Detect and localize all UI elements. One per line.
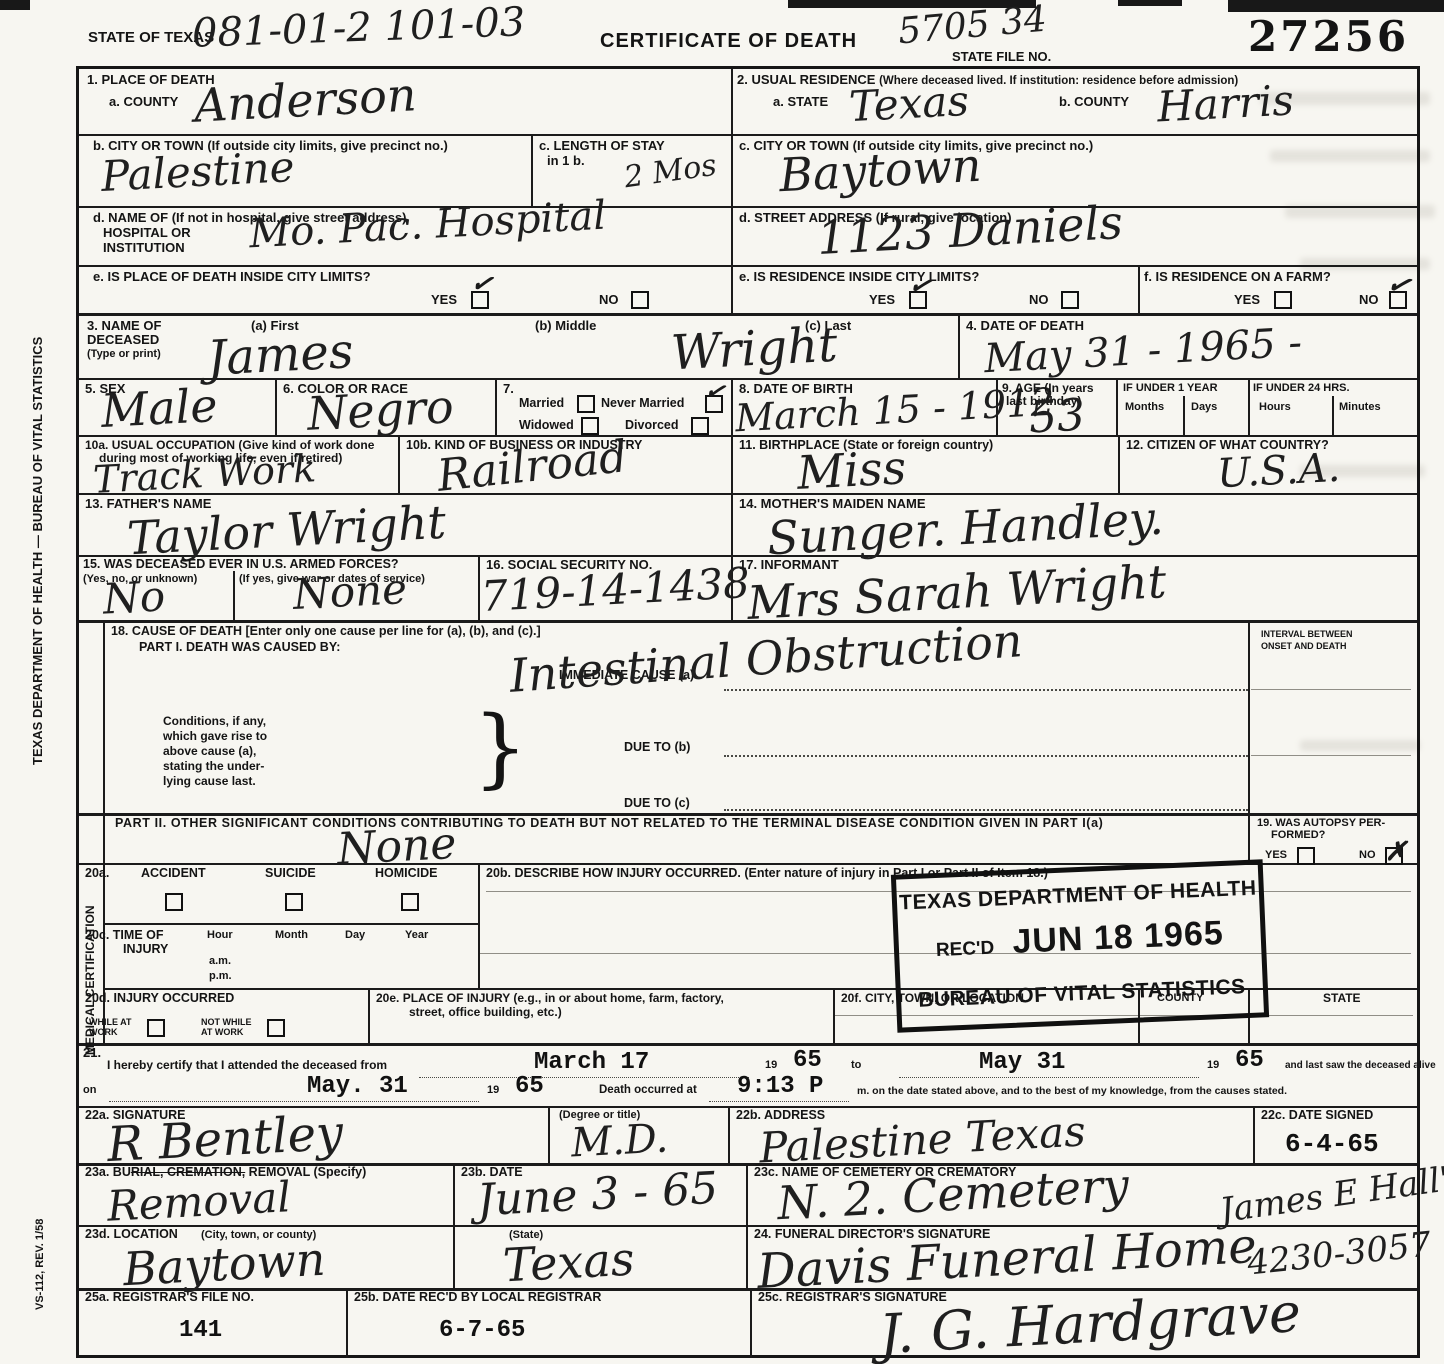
last-seen-date: May. 31 <box>307 1075 408 1099</box>
day-label: Day <box>345 929 365 941</box>
attended-to-date: May 31 <box>979 1051 1065 1075</box>
occupation-value: Track Work <box>92 449 317 499</box>
cause-a-line <box>724 689 1248 691</box>
marital-status-label: 7. <box>503 382 514 396</box>
yes-label: YES <box>869 293 895 307</box>
grid-line <box>1248 378 1250 435</box>
name-of-deceased-label2: DECEASED <box>87 333 159 347</box>
county-value: Anderson <box>193 71 418 129</box>
residence-state-label: a. STATE <box>773 95 828 109</box>
autopsy-yes-checkbox <box>1297 847 1315 865</box>
grid-line <box>746 1163 748 1288</box>
war-dates-value: None <box>292 568 408 616</box>
grid-line <box>79 134 1417 136</box>
type-or-print-label: (Type or print) <box>87 348 161 360</box>
accident-label: ACCIDENT <box>141 867 206 881</box>
grid-line <box>495 378 497 435</box>
autopsy-label2: FORMED? <box>1271 829 1325 841</box>
grid-line <box>1332 396 1334 435</box>
hospital-value: Mo. Pac. Hospital <box>248 196 607 255</box>
grid-line <box>398 435 400 493</box>
last-name-value: Wright <box>670 321 839 378</box>
conditions-note-line3: above cause (a), <box>163 745 256 758</box>
residence-inside-limits-label: e. IS RESIDENCE INSIDE CITY LIMITS? <box>739 270 979 284</box>
grid-line <box>79 493 1417 495</box>
time-of-injury-label: 20c. TIME OF <box>85 929 164 943</box>
margin-department-text: TEXAS DEPARTMENT OF HEALTH — BUREAU OF V… <box>30 205 45 765</box>
grid-line <box>1248 620 1250 863</box>
hour-label: Hour <box>207 929 233 941</box>
grid-line <box>731 69 733 313</box>
certify-text-2: and last saw the deceased alive <box>1285 1060 1436 1072</box>
yes-label: YES <box>431 293 457 307</box>
birthplace-value: Miss <box>796 444 907 496</box>
stamp-date: JUN 18 1965 <box>1012 914 1225 961</box>
race-value: Negro <box>306 383 455 437</box>
nineteen-label: 19 <box>1207 1059 1219 1071</box>
conditions-note-line4: stating the under- <box>163 760 264 773</box>
fathers-name-value: Taylor Wright <box>126 499 447 562</box>
residence-state-value: Texas <box>848 80 970 128</box>
no-checkbox <box>631 291 649 309</box>
certify-text-1: I hereby certify that I attended the dec… <box>107 1059 387 1072</box>
length-of-stay-value: 2 Mos <box>622 151 718 194</box>
certificate-title: CERTIFICATE OF DEATH <box>600 30 857 52</box>
time-of-death-value: 9:13 P <box>737 1075 823 1099</box>
time-of-injury-label2: INJURY <box>123 943 168 957</box>
degree-or-title-label: (Degree or title) <box>559 1109 640 1121</box>
registrars-file-no-value: 141 <box>179 1319 222 1343</box>
age-value: 53 <box>1028 394 1086 441</box>
certify-text-3: m. on the date stated above, and to the … <box>857 1085 1287 1098</box>
not-while-at-work-checkbox <box>267 1019 285 1037</box>
grid-line <box>79 265 1417 267</box>
cross-mark: ✗ <box>1385 839 1407 865</box>
grid-line <box>731 378 733 435</box>
homicide-label: HOMICIDE <box>375 867 438 881</box>
no-label: NO <box>599 293 619 307</box>
suicide-label: SUICIDE <box>265 867 316 881</box>
last-seen-year: 65 <box>515 1075 544 1099</box>
place-of-injury-label: 20e. PLACE OF INJURY (e.g., in or about … <box>376 992 724 1005</box>
due-to-b-label: DUE TO (b) <box>624 741 690 755</box>
due-to-c-label: DUE TO (c) <box>624 797 690 811</box>
department-received-stamp: TEXAS DEPARTMENT OF HEALTH REC'D JUN 18 … <box>891 859 1269 1032</box>
date-received-value: 6-7-65 <box>439 1319 525 1343</box>
grid-line <box>1253 1106 1255 1163</box>
registrars-file-no-label: 25a. REGISTRAR'S FILE NO. <box>85 1291 254 1305</box>
grid-line <box>79 313 1417 316</box>
divorced-checkbox <box>691 417 709 435</box>
first-name-value: James <box>206 327 355 383</box>
interval-label2: ONSET AND DEATH <box>1261 641 1347 652</box>
grid-line <box>275 378 277 435</box>
attended-from-date: March 17 <box>534 1051 649 1075</box>
month-label: Month <box>275 929 308 941</box>
suicide-checkbox <box>285 893 303 911</box>
grid-line <box>453 1163 455 1288</box>
to-label: to <box>851 1059 861 1071</box>
location-city-value: Baytown <box>122 1236 327 1293</box>
margin-note-number: 4230-3057 <box>1246 1227 1433 1280</box>
certificate-form: MEDICAL CERTIFICATION 1. PLACE OF DEATH … <box>76 66 1420 1358</box>
hospital-label2: HOSPITAL OR <box>103 226 191 240</box>
grid-line <box>79 206 1417 208</box>
citizen-value: U.S.A. <box>1216 448 1341 494</box>
check-mark: ✓ <box>906 271 933 302</box>
burial-date-value: June 3 - 65 <box>476 1167 719 1224</box>
attended-to-year: 65 <box>1235 1049 1264 1073</box>
social-security-value: 719-14-1438 <box>480 562 751 618</box>
no-checkbox <box>1061 291 1079 309</box>
nineteen-label: 19 <box>765 1059 777 1071</box>
widowed-label: Widowed <box>519 419 574 433</box>
stamp-line1: TEXAS DEPARTMENT OF HEALTH <box>897 876 1260 915</box>
nineteen-label: 19 <box>487 1084 499 1096</box>
death-inside-city-limits-label: e. IS PLACE OF DEATH INSIDE CITY LIMITS? <box>93 270 371 284</box>
grid-line <box>346 1288 348 1358</box>
immediate-cause-value: Intestinal Obstruction <box>508 617 1024 699</box>
middle-name-label: (b) Middle <box>535 319 596 333</box>
conditions-note-line5: lying cause last. <box>163 775 256 788</box>
married-checkbox <box>577 395 595 413</box>
county-label: a. COUNTY <box>109 95 178 109</box>
scan-artifact <box>0 0 30 10</box>
grid-line <box>103 620 105 1043</box>
stamp-line3: BUREAU OF VITAL STATISTICS <box>901 974 1264 1013</box>
grid-line <box>1116 378 1118 435</box>
certificate-number: 27256 <box>1248 14 1409 60</box>
scan-artifact <box>1228 0 1444 12</box>
year-label: Year <box>405 929 428 941</box>
conditions-note-line1: Conditions, if any, <box>163 715 266 728</box>
divorced-label: Divorced <box>625 419 679 433</box>
blank-line <box>109 1101 479 1102</box>
minutes-label: Minutes <box>1339 401 1381 413</box>
part1-label: PART I. DEATH WAS CAUSED BY: <box>139 641 340 655</box>
stamp-line2: REC'D JUN 18 1965 <box>898 912 1261 966</box>
date-received-label: 25b. DATE REC'D BY LOCAL REGISTRAR <box>354 1291 601 1305</box>
residence-city-value: Baytown <box>778 142 983 199</box>
homicide-checkbox <box>401 893 419 911</box>
yes-label: YES <box>1234 293 1260 307</box>
grid-line <box>233 571 235 620</box>
widowed-checkbox <box>581 417 599 435</box>
if-under-1-year-label: IF UNDER 1 YEAR <box>1123 382 1218 394</box>
never-married-label: Never Married <box>601 397 684 411</box>
cause-of-death-label: 18. CAUSE OF DEATH [Enter only one cause… <box>111 625 541 639</box>
injury-occurred-label: 20d. INJURY OCCURRED <box>85 992 234 1006</box>
date-signed-value: 6-4-65 <box>1285 1131 1379 1157</box>
no-label: NO <box>1359 293 1379 307</box>
part2-label: PART II. OTHER SIGNIFICANT CONDITIONS CO… <box>115 817 1103 831</box>
state-file-no-label: STATE FILE NO. <box>952 50 1051 64</box>
on-label: on <box>83 1084 96 1096</box>
cause-c-line <box>724 809 1248 811</box>
length-of-stay-label: c. LENGTH OF STAY <box>539 139 665 153</box>
accident-checkbox <box>165 893 183 911</box>
grid-line <box>958 313 960 378</box>
hospital-label3: INSTITUTION <box>103 241 185 255</box>
scan-artifact <box>1118 0 1182 6</box>
yes-checkbox <box>1274 291 1292 309</box>
physician-signature: R Bentley <box>106 1109 344 1169</box>
while-at-work-checkbox <box>147 1019 165 1037</box>
location-state-value: Texas <box>502 1236 636 1289</box>
conditions-brace: } <box>473 705 528 791</box>
grid-line <box>103 923 478 925</box>
residence-county-label: b. COUNTY <box>1059 95 1129 109</box>
residence-on-farm-label: f. IS RESIDENCE ON A FARM? <box>1144 270 1331 284</box>
no-label: NO <box>1359 849 1376 861</box>
death-occurred-label: Death occurred at <box>599 1084 697 1097</box>
length-of-stay-label2: in 1 b. <box>547 154 585 168</box>
hours-label: Hours <box>1259 401 1291 413</box>
grid-line <box>368 988 370 1043</box>
pm-label: p.m. <box>209 970 232 982</box>
days-label: Days <box>1191 401 1217 413</box>
while-at-work-label2: WORK <box>89 1027 118 1038</box>
no-label: NO <box>1029 293 1049 307</box>
blank-line <box>709 1101 849 1102</box>
grid-line <box>728 1106 730 1163</box>
grid-line <box>833 988 835 1043</box>
city-value: Palestine <box>100 146 295 198</box>
attended-from-year: 65 <box>793 1049 822 1073</box>
check-mark: ✓ <box>469 269 495 298</box>
check-mark: ✓ <box>703 377 728 405</box>
handwritten-file-number: 5705 34 <box>897 2 1048 51</box>
conditions-note-line2: which gave rise to <box>163 730 267 743</box>
armed-forces-value: No <box>102 575 166 620</box>
if-under-24-hrs-label: IF UNDER 24 HRS. <box>1253 382 1350 394</box>
blank-line <box>899 1077 1199 1078</box>
yes-label: YES <box>1265 849 1287 861</box>
married-label: Married <box>519 397 564 411</box>
burial-removal-value: Removal <box>106 1176 292 1228</box>
blank-line <box>419 1077 749 1078</box>
grid-line <box>1118 435 1120 493</box>
stamp-recd-label: REC'D <box>936 938 995 961</box>
item-20a-number: 20a. <box>85 867 109 881</box>
date-signed-label: 22c. DATE SIGNED <box>1261 1109 1373 1123</box>
grid-line <box>531 134 533 206</box>
burial-label-prefix: 23a. BU <box>85 1165 131 1179</box>
part2-value: None <box>336 822 458 872</box>
place-of-injury-label2: street, office building, etc.) <box>409 1006 562 1019</box>
sex-value: Male <box>100 382 219 434</box>
grid-line <box>79 1043 1417 1046</box>
state-column-label: STATE <box>1323 992 1361 1005</box>
grid-line <box>548 1106 550 1163</box>
grid-line <box>1138 265 1140 313</box>
form-code-text: VS-112, REV. 1/58 <box>34 1160 46 1310</box>
grid-line <box>750 1288 752 1358</box>
am-label: a.m. <box>209 955 231 967</box>
handwritten-registration-code: 081-01-2 101-03 <box>191 2 525 54</box>
residence-county-value: Harris <box>1156 79 1295 128</box>
grid-line <box>1183 396 1185 435</box>
death-certificate-scan: STATE OF TEXAS 081-01-2 101-03 CERTIFICA… <box>0 0 1444 1364</box>
months-label: Months <box>1125 401 1164 413</box>
interval-line <box>1251 689 1411 690</box>
street-address-value: 1123 Daniels <box>816 199 1124 261</box>
autopsy-label: 19. WAS AUTOPSY PER- <box>1257 817 1385 829</box>
interval-label1: INTERVAL BETWEEN <box>1261 629 1353 640</box>
check-mark: ✓ <box>1384 268 1414 301</box>
interval-line <box>1251 755 1411 756</box>
cause-b-line <box>724 755 1248 757</box>
informant-label: 17. INFORMANT <box>739 558 839 572</box>
grid-line <box>478 863 480 988</box>
item-21-number: 21. <box>83 1046 101 1060</box>
degree-value: M.D. <box>570 1118 669 1163</box>
not-while-at-work-label2: AT WORK <box>201 1027 243 1038</box>
